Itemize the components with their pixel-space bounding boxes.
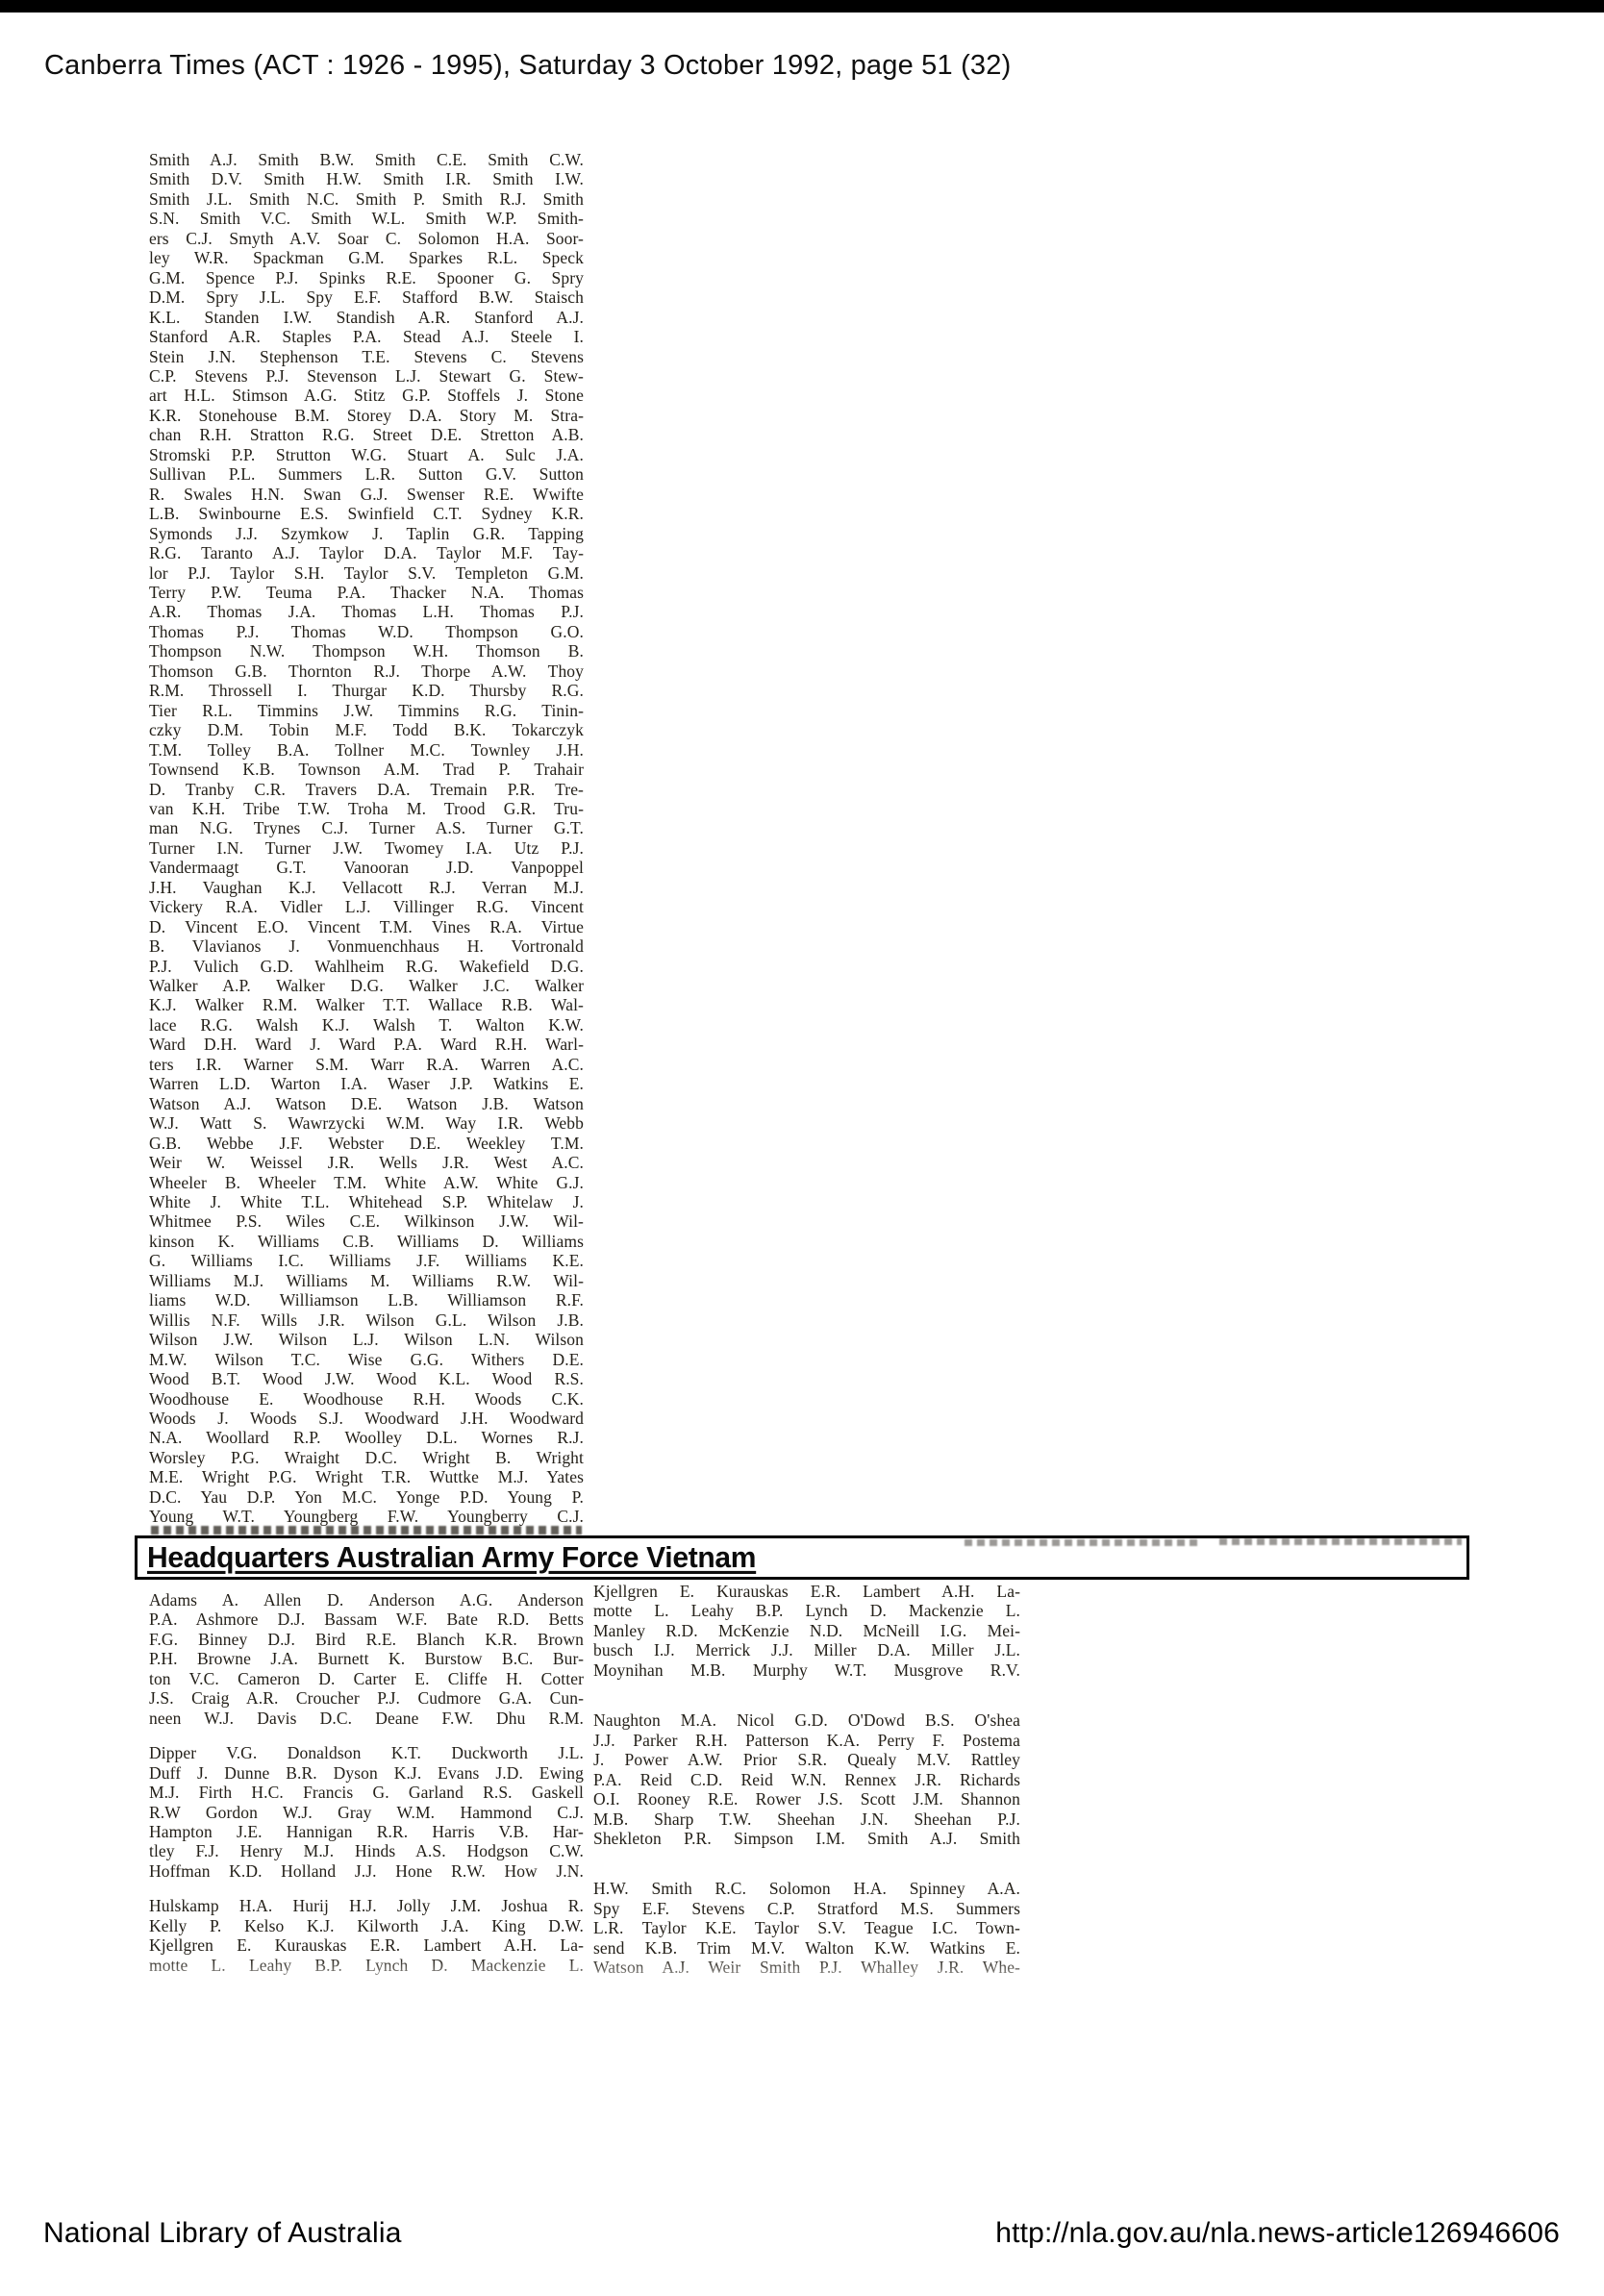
scan-text-line: van K.H. Tribe T.W. Troha M. Trood G.R. …: [149, 799, 584, 818]
scan-text-line: Terry P.W. Teuma P.A. Thacker N.A. Thoma…: [149, 583, 584, 602]
scan-text-line: liams W.D. Williamson L.B. Williamson R.…: [149, 1290, 584, 1310]
scan-text-line: Kjellgren E. Kurauskas E.R. Lambert A.H.…: [149, 1935, 584, 1955]
scan-text-line: Vandermaagt G.T. Vanooran J.D. Vanpoppel: [149, 858, 584, 877]
scan-text-line: lace R.G. Walsh K.J. Walsh T. Walton K.W…: [149, 1015, 584, 1035]
names-column-bottom-left: Adams A. Allen D. Anderson A.G. Anderson…: [149, 1590, 584, 1975]
scan-text-line: P.A. Reid C.D. Reid W.N. Rennex J.R. Ric…: [593, 1770, 1020, 1789]
scan-text-line: czky D.M. Tobin M.F. Todd B.K. Tokarczyk: [149, 720, 584, 739]
scan-paragraph: Dipper V.G. Donaldson K.T. Duckworth J.L…: [149, 1743, 584, 1881]
scan-text-line: R. Swales H.N. Swan G.J. Swenser R.E. Ww…: [149, 485, 584, 504]
scan-text-line: ley W.R. Spackman G.M. Sparkes R.L. Spec…: [149, 248, 584, 267]
scan-text-line: Naughton M.A. Nicol G.D. O'Dowd B.S. O's…: [593, 1710, 1020, 1730]
scan-text-line: Sullivan P.L. Summers L.R. Sutton G.V. S…: [149, 464, 584, 484]
scan-text-line: Stanford A.R. Staples P.A. Stead A.J. St…: [149, 327, 584, 346]
scan-text-line: Dipper V.G. Donaldson K.T. Duckworth J.L…: [149, 1743, 584, 1762]
scan-text-line: L.R. Taylor K.E. Taylor S.V. Teague I.C.…: [593, 1918, 1020, 1937]
scan-text-line: neen W.J. Davis D.C. Deane F.W. Dhu R.M.: [149, 1709, 584, 1728]
footer-article-url[interactable]: http://nla.gov.au/nla.news-article126946…: [995, 2217, 1560, 2250]
scan-text-line: motte L. Leahy B.P. Lynch D. Mackenzie L…: [593, 1601, 1020, 1620]
article-headline-box: Headquarters Australian Army Force Vietn…: [135, 1535, 1469, 1580]
illegible-cropped-line: [151, 1526, 582, 1535]
scan-text-line: tley F.J. Henry M.J. Hinds A.S. Hodgson …: [149, 1841, 584, 1860]
scan-text-line: L.B. Swinbourne E.S. Swinfield C.T. Sydn…: [149, 504, 584, 523]
scan-text-line: R.M. Throssell I. Thurgar K.D. Thursby R…: [149, 681, 584, 700]
scan-text-line: J.H. Vaughan K.J. Vellacott R.J. Verran …: [149, 878, 584, 897]
scan-text-line: Smith J.L. Smith N.C. Smith P. Smith R.J…: [149, 189, 584, 209]
scan-text-line: ton V.C. Cameron D. Carter E. Cliffe H. …: [149, 1669, 584, 1688]
scan-text-line: busch I.J. Merrick J.J. Miller D.A. Mill…: [593, 1640, 1020, 1660]
scan-text-line: Spy E.F. Stevens C.P. Stratford M.S. Sum…: [593, 1899, 1020, 1918]
scan-text-line: Smith D.V. Smith H.W. Smith I.R. Smith I…: [149, 169, 584, 188]
scan-text-line: P.J. Vulich G.D. Wahlheim R.G. Wakefield…: [149, 957, 584, 976]
scan-text-line: J. Power A.W. Prior S.R. Quealy M.V. Rat…: [593, 1750, 1020, 1769]
scan-text-line: M.J. Firth H.C. Francis G. Garland R.S. …: [149, 1783, 584, 1802]
scan-text-line: Hampton J.E. Hannigan R.R. Harris V.B. H…: [149, 1822, 584, 1841]
scan-text-line: man N.G. Trynes C.J. Turner A.S. Turner …: [149, 818, 584, 837]
scan-text-line: Young W.T. Youngberg F.W. Youngberry C.J…: [149, 1507, 584, 1526]
scan-text-line: White J. White T.L. Whitehead S.P. White…: [149, 1192, 584, 1211]
scan-text-line: Stein J.N. Stephenson T.E. Stevens C. St…: [149, 347, 584, 366]
scan-text-line: Willis N.F. Wills J.R. Wilson G.L. Wilso…: [149, 1310, 584, 1330]
scan-text-line: R.W Gordon W.J. Gray W.M. Hammond C.J.: [149, 1803, 584, 1822]
scan-text-line: P.A. Ashmore D.J. Bassam W.F. Bate R.D. …: [149, 1610, 584, 1629]
scan-text-line: motte L. Leahy B.P. Lynch D. Mackenzie L…: [149, 1956, 584, 1975]
scan-text-line: G. Williams I.C. Williams J.F. Williams …: [149, 1251, 584, 1270]
scan-text-line: Turner I.N. Turner J.W. Twomey I.A. Utz …: [149, 838, 584, 858]
scan-text-line: Worsley P.G. Wraight D.C. Wright B. Wrig…: [149, 1448, 584, 1467]
scan-text-line: lor P.J. Taylor S.H. Taylor S.V. Templet…: [149, 563, 584, 583]
scan-text-line: art H.L. Stimson A.G. Stitz G.P. Stoffel…: [149, 386, 584, 405]
names-column-main: Smith A.J. Smith B.W. Smith C.E. Smith C…: [149, 150, 584, 1527]
scan-text-line: Warren L.D. Warton I.A. Waser J.P. Watki…: [149, 1074, 584, 1093]
scan-text-line: Woods J. Woods S.J. Woodward J.H. Woodwa…: [149, 1409, 584, 1428]
newspaper-page-view: Canberra Times (ACT : 1926 - 1995), Satu…: [0, 0, 1604, 2296]
scan-text-line: ers C.J. Smyth A.V. Soar C. Solomon H.A.…: [149, 229, 584, 248]
scan-text-line: Weir W. Weissel J.R. Wells J.R. West A.C…: [149, 1153, 584, 1172]
scan-text-line: Thomas P.J. Thomas W.D. Thompson G.O.: [149, 622, 584, 641]
scan-text-line: K.R. Stonehouse B.M. Storey D.A. Story M…: [149, 406, 584, 425]
scan-text-line: Ward D.H. Ward J. Ward P.A. Ward R.H. Wa…: [149, 1035, 584, 1054]
scan-text-line: P.H. Browne J.A. Burnett K. Burstow B.C.…: [149, 1649, 584, 1668]
scan-text-line: N.A. Woollard R.P. Woolley D.L. Wornes R…: [149, 1428, 584, 1447]
scan-text-line: Williams M.J. Williams M. Williams R.W. …: [149, 1271, 584, 1290]
scan-text-line: Manley R.D. McKenzie N.D. McNeill I.G. M…: [593, 1621, 1020, 1640]
scan-text-line: A.R. Thomas J.A. Thomas L.H. Thomas P.J.: [149, 602, 584, 621]
scan-paragraph: Hulskamp H.A. Hurij H.J. Jolly J.M. Josh…: [149, 1896, 584, 1975]
scan-text-line: W.J. Watt S. Wawrzycki W.M. Way I.R. Web…: [149, 1113, 584, 1133]
scan-text-line: D. Vincent E.O. Vincent T.M. Vines R.A. …: [149, 917, 584, 936]
scan-text-line: Wilson J.W. Wilson L.J. Wilson L.N. Wils…: [149, 1330, 584, 1349]
scan-text-line: Watson A.J. Weir Smith P.J. Whalley J.R.…: [593, 1958, 1020, 1977]
scan-text-line: M.B. Sharp T.W. Sheehan J.N. Sheehan P.J…: [593, 1809, 1020, 1829]
scan-text-line: J.S. Craig A.R. Croucher P.J. Cudmore G.…: [149, 1688, 584, 1708]
scan-text-line: C.P. Stevens P.J. Stevenson L.J. Stewart…: [149, 366, 584, 386]
names-column-bottom-right: Kjellgren E. Kurauskas E.R. Lambert A.H.…: [593, 1582, 1020, 1978]
scan-text-line: K.J. Walker R.M. Walker T.T. Wallace R.B…: [149, 995, 584, 1014]
scan-text-line: S.N. Smith V.C. Smith W.L. Smith W.P. Sm…: [149, 209, 584, 228]
scan-text-line: Wheeler B. Wheeler T.M. White A.W. White…: [149, 1173, 584, 1192]
scan-text-line: Moynihan M.B. Murphy W.T. Musgrove R.V.: [593, 1660, 1020, 1680]
scan-text-line: Wood B.T. Wood J.W. Wood K.L. Wood R.S.: [149, 1369, 584, 1388]
citation-header: Canberra Times (ACT : 1926 - 1995), Satu…: [44, 50, 1011, 82]
scan-text-line: M.W. Wilson T.C. Wise G.G. Withers D.E.: [149, 1350, 584, 1369]
scan-text-line: Thomson G.B. Thornton R.J. Thorpe A.W. T…: [149, 661, 584, 681]
scan-text-line: Hulskamp H.A. Hurij H.J. Jolly J.M. Josh…: [149, 1896, 584, 1915]
scan-text-line: K.L. Standen I.W. Standish A.R. Stanford…: [149, 308, 584, 327]
scan-text-line: Thompson N.W. Thompson W.H. Thomson B.: [149, 641, 584, 661]
footer-library-name: National Library of Australia: [43, 2217, 402, 2250]
scan-text-line: Kjellgren E. Kurauskas E.R. Lambert A.H.…: [593, 1582, 1020, 1601]
scan-edge-artifact-bar: [0, 0, 1604, 12]
scan-text-line: Duff J. Dunne B.R. Dyson K.J. Evans J.D.…: [149, 1763, 584, 1783]
scan-text-line: Shekleton P.R. Simpson I.M. Smith A.J. S…: [593, 1829, 1020, 1848]
scan-text-line: Vickery R.A. Vidler L.J. Villinger R.G. …: [149, 897, 584, 916]
scan-paragraph: Naughton M.A. Nicol G.D. O'Dowd B.S. O's…: [593, 1710, 1020, 1848]
scan-text-line: B. Vlavianos J. Vonmuenchhaus H. Vortron…: [149, 936, 584, 956]
scan-text-line: Woodhouse E. Woodhouse R.H. Woods C.K.: [149, 1389, 584, 1409]
scan-text-line: G.M. Spence P.J. Spinks R.E. Spooner G. …: [149, 268, 584, 287]
scan-text-line: T.M. Tolley B.A. Tollner M.C. Townley J.…: [149, 740, 584, 760]
scan-text-line: Whitmee P.S. Wiles C.E. Wilkinson J.W. W…: [149, 1211, 584, 1231]
scan-text-line: D. Tranby C.R. Travers D.A. Tremain P.R.…: [149, 780, 584, 799]
scan-text-line: Symonds J.J. Szymkow J. Taplin G.R. Tapp…: [149, 524, 584, 543]
scan-paragraph: H.W. Smith R.C. Solomon H.A. Spinney A.A…: [593, 1879, 1020, 1977]
scan-text-line: kinson K. Williams C.B. Williams D. Will…: [149, 1232, 584, 1251]
scan-paragraph: Adams A. Allen D. Anderson A.G. Anderson…: [149, 1590, 584, 1728]
scan-text-line: H.W. Smith R.C. Solomon H.A. Spinney A.A…: [593, 1879, 1020, 1898]
scan-text-line: Stromski P.P. Strutton W.G. Stuart A. Su…: [149, 445, 584, 464]
scan-text-line: ters I.R. Warner S.M. Warr R.A. Warren A…: [149, 1055, 584, 1074]
scan-text-line: Adams A. Allen D. Anderson A.G. Anderson: [149, 1590, 584, 1610]
scan-text-line: Watson A.J. Watson D.E. Watson J.B. Wats…: [149, 1094, 584, 1113]
scan-paragraph: Kjellgren E. Kurauskas E.R. Lambert A.H.…: [593, 1582, 1020, 1680]
scan-text-line: F.G. Binney D.J. Bird R.E. Blanch K.R. B…: [149, 1630, 584, 1649]
scan-text-line: Townsend K.B. Townson A.M. Trad P. Traha…: [149, 760, 584, 779]
scan-text-line: J.J. Parker R.H. Patterson K.A. Perry F.…: [593, 1731, 1020, 1750]
scan-text-line: D.M. Spry J.L. Spy E.F. Stafford B.W. St…: [149, 287, 584, 307]
scan-text-line: O.I. Rooney R.E. Rower J.S. Scott J.M. S…: [593, 1789, 1020, 1809]
scan-text-line: M.E. Wright P.G. Wright T.R. Wuttke M.J.…: [149, 1467, 584, 1486]
scan-text-line: chan R.H. Stratton R.G. Street D.E. Stre…: [149, 425, 584, 444]
article-headline: Headquarters Australian Army Force Vietn…: [147, 1541, 756, 1575]
scan-text-line: D.C. Yau D.P. Yon M.C. Yonge P.D. Young …: [149, 1487, 584, 1507]
scan-text-line: Tier R.L. Timmins J.W. Timmins R.G. Tini…: [149, 701, 584, 720]
scan-text-line: Walker A.P. Walker D.G. Walker J.C. Walk…: [149, 976, 584, 995]
scan-text-line: R.G. Taranto A.J. Taylor D.A. Taylor M.F…: [149, 543, 584, 562]
scan-text-line: G.B. Webbe J.F. Webster D.E. Weekley T.M…: [149, 1134, 584, 1153]
scan-text-line: Smith A.J. Smith B.W. Smith C.E. Smith C…: [149, 150, 584, 169]
scan-text-line: Kelly P. Kelso K.J. Kilworth J.A. King D…: [149, 1916, 584, 1935]
scan-text-line: send K.B. Trim M.V. Walton K.W. Watkins …: [593, 1938, 1020, 1958]
scan-text-line: Hoffman K.D. Holland J.J. Hone R.W. How …: [149, 1861, 584, 1881]
